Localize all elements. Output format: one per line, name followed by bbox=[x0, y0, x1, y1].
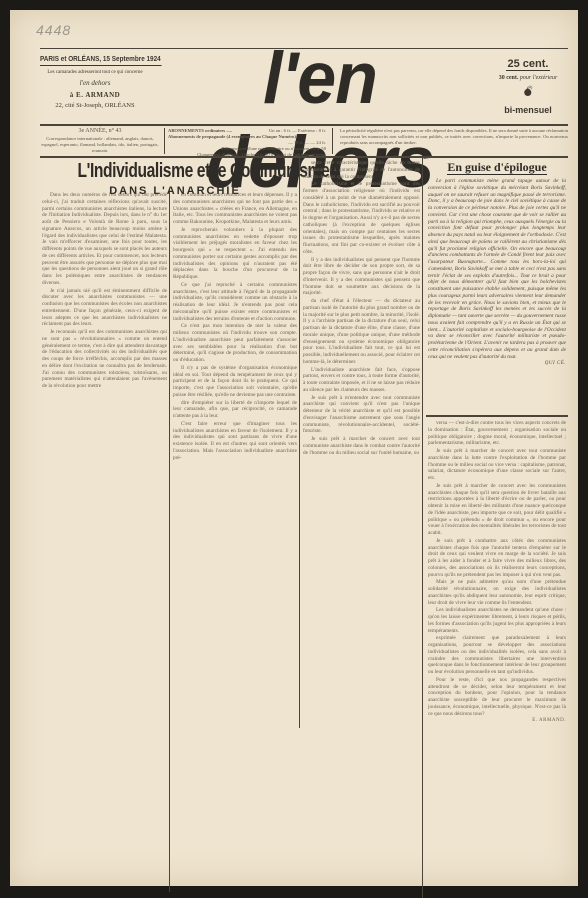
price-abroad-value: 30 cent. bbox=[499, 75, 519, 81]
sidebar-title-text: En guise d'épilogue bbox=[447, 160, 546, 175]
paragraph: Pour le reste, d'ici que nos propagandes… bbox=[428, 677, 566, 718]
contact-address: 22, cité St-Joseph, ORLÉANS bbox=[40, 102, 150, 109]
paragraph: versa — c'est-à-dire contre tous les vic… bbox=[428, 420, 566, 447]
price: 25 cent. bbox=[506, 58, 551, 71]
paragraph: Je suis prêt à combattre aux côtés des c… bbox=[428, 538, 566, 579]
subscription-label: Abonnements de propagande (4 exemplaires… bbox=[168, 134, 296, 140]
paragraph: Mais je ne puis admettre qu'au nom d'une… bbox=[428, 579, 566, 606]
masthead-bottom-rule bbox=[40, 124, 568, 126]
article-column-3: sente cette caractéristique qu'elle tâch… bbox=[303, 160, 420, 820]
paragraph: en commun et leurs ressources et leurs d… bbox=[173, 192, 297, 226]
contact-name: à E. ARMAND bbox=[40, 91, 150, 99]
sidebar-title: En guise d'épilogue bbox=[428, 160, 566, 175]
paragraph: exprimée clairement que paradoxalement à… bbox=[428, 635, 566, 676]
column-divider bbox=[169, 192, 170, 892]
divider bbox=[332, 128, 333, 154]
info-bar: 3e ANNÉE, n° 43 Correspondance internati… bbox=[40, 128, 568, 156]
paragraph: Ce n'est pas mon intention de nier la va… bbox=[173, 323, 297, 364]
archive-number: 4448 bbox=[36, 22, 71, 38]
paragraph: Il y a des individualistes qui pensent q… bbox=[303, 257, 420, 298]
masthead-left: PARIS et ORLÉANS, 15 Septembre 1924 Les … bbox=[40, 54, 150, 109]
subscriptions: ABONNEMENTS ordinaires .....Un an : 6 fr… bbox=[168, 128, 326, 158]
frequency: bi-mensuel bbox=[488, 105, 568, 115]
paragraph: Je reconnais qu'il est des communistes a… bbox=[42, 329, 167, 390]
publication-note: La périodicité régulière n'est pas parve… bbox=[340, 128, 568, 146]
paragraph: Je n'ai jamais nié qu'il est éminemment … bbox=[42, 288, 167, 329]
paragraph: du chef d'état à l'électeur — du dictate… bbox=[303, 298, 420, 366]
paragraph: C'est faire erreur que d'imaginer tous l… bbox=[173, 421, 297, 462]
sidebar-rule bbox=[426, 415, 568, 417]
article-title: L'Individualisme et le Communisme bbox=[78, 160, 273, 183]
year-and-languages: 3e ANNÉE, n° 43 Correspondance internati… bbox=[40, 128, 160, 154]
paragraph: Le catholicisme et le protestantisme son… bbox=[303, 181, 420, 255]
price-abroad-note: pour l'extérieur bbox=[520, 75, 557, 81]
sidebar-text: Le parti communiste mène grand tapage au… bbox=[428, 178, 566, 360]
article-column-5: versa — c'est-à-dire contre tous les vic… bbox=[428, 420, 566, 870]
article-column-1: Dans les deux numéros de l'en dehors qui… bbox=[42, 192, 167, 882]
contact-paper: l'en dehors bbox=[40, 79, 150, 87]
bomb-icon: 💣︎ bbox=[488, 85, 568, 101]
info-bottom-rule bbox=[40, 156, 568, 158]
date-line: PARIS et ORLÉANS, 15 Septembre 1924 bbox=[40, 54, 162, 66]
paragraph: Ce que j'ai reproché à certains communis… bbox=[173, 282, 297, 323]
paragraph: L'individualiste anarchiste fait face, s… bbox=[303, 367, 420, 394]
price-abroad: 30 cent. pour l'extérieur bbox=[488, 75, 568, 81]
paragraph: Je suis prêt à m'entendre avec tout comm… bbox=[303, 395, 420, 436]
author-signature: E. ARMAND. bbox=[428, 718, 566, 725]
column-divider bbox=[299, 158, 300, 728]
divider bbox=[164, 128, 165, 154]
masthead-right: 25 cent. 30 cent. pour l'extérieur 💣︎ bi… bbox=[488, 54, 568, 115]
paragraph: dire d'empiéter sur la liberté de n'impo… bbox=[173, 400, 297, 420]
paragraph: Je suis prêt à marcher de concert avec t… bbox=[428, 448, 566, 482]
paragraph: Je suis prêt à marcher de concert avec l… bbox=[428, 483, 566, 537]
year-issue: 3e ANNÉE, n° 43 bbox=[40, 128, 160, 134]
contact-note: Les camarades adresseront tout ce qui co… bbox=[40, 69, 150, 76]
sidebar-signature: QUI CÉ. bbox=[428, 361, 566, 368]
correspondents: Correspondance internationale : allemand… bbox=[40, 136, 160, 154]
article-column-2: en commun et leurs ressources et leurs d… bbox=[173, 192, 297, 882]
paragraph: sente cette caractéristique qu'elle tâch… bbox=[303, 160, 420, 180]
paragraph: Les individualistes anarchistes ne deman… bbox=[428, 607, 566, 634]
newspaper-page: 4448 PARIS et ORLÉANS, 15 Septembre 1924… bbox=[10, 10, 578, 886]
paragraph: Je suis prêt à marcher de concert avec t… bbox=[303, 436, 420, 456]
sidebar-article: Le parti communiste mène grand tapage au… bbox=[428, 178, 566, 414]
paragraph: Dans les deux numéros de l'en dehors qui… bbox=[42, 192, 167, 287]
paragraph: Il n'y a pas de système d'organisation é… bbox=[173, 365, 297, 399]
paragraph: Je reprocherais volontiers à la plupart … bbox=[173, 227, 297, 281]
column-divider bbox=[422, 158, 423, 898]
